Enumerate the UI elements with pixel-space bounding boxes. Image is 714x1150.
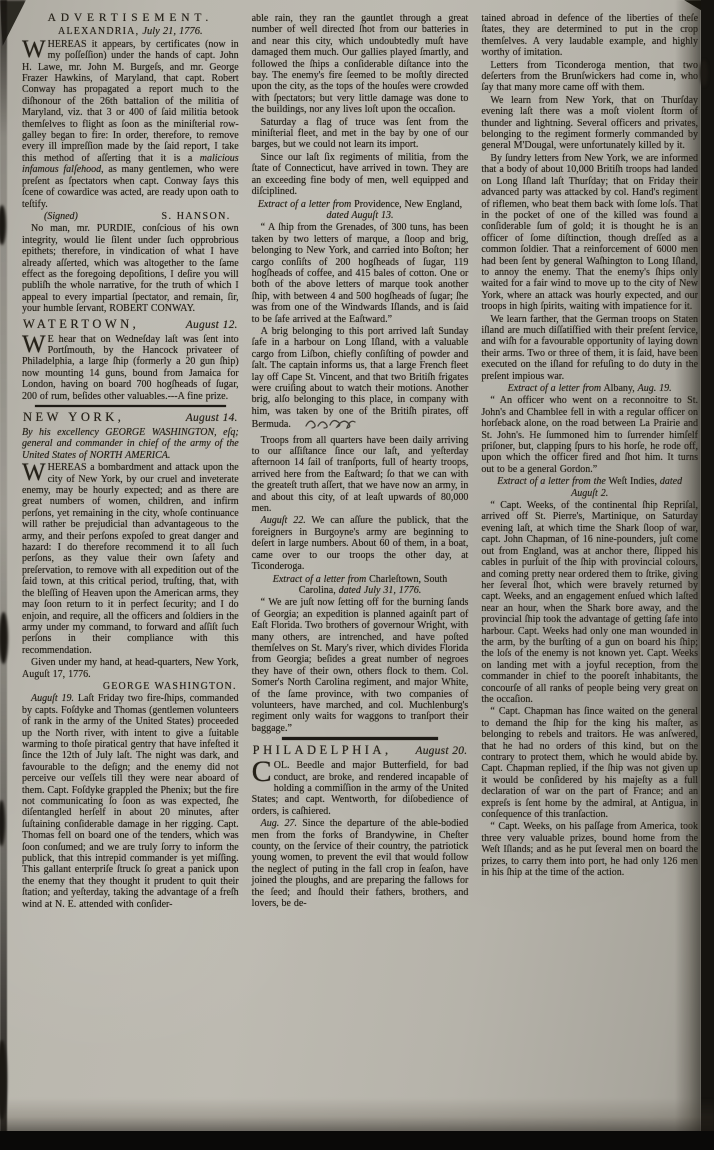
scan-edge-right	[701, 0, 714, 1150]
paragraph: “ Capt. Weeks, of the continental ſhip R…	[481, 500, 698, 705]
paragraph: WE hear that on Wedneſday laſt was ſent …	[22, 334, 239, 402]
extract-heading: Extract of a letter from Charleſtown, So…	[252, 574, 469, 597]
paragraph: Given under my hand, at head-quarters, N…	[22, 657, 239, 680]
paragraph: “ A ſhip from the Grenades, of 300 tuns,…	[252, 222, 469, 325]
paragraph: By ſundry letters from New York, we are …	[481, 153, 698, 313]
scan-edge-left	[0, 0, 7, 1150]
section-heading-advertisement: ADVERTISEMENT.	[22, 13, 239, 24]
paragraph: Letters from Ticonderoga mention, that t…	[481, 60, 698, 94]
paragraph: We learn from New York, that on Thurſday…	[481, 95, 698, 152]
paragraph: COL. Beedle and major Butterfield, for b…	[252, 760, 469, 817]
city-date: August 12.	[186, 318, 238, 333]
paragraph: WHEREAS a bombardment and attack upon th…	[22, 462, 239, 656]
paragraph: Auguſt 22. We can aſſure the publick, th…	[252, 515, 469, 572]
paragraph: Since our laſt ſix regiments of militia,…	[252, 152, 469, 198]
scan-edge-bottom	[0, 1131, 714, 1150]
paragraph: Saturday a flag of truce was ſent from t…	[252, 117, 469, 151]
paragraph: We learn farther, that the German troops…	[481, 314, 698, 382]
paragraph: “ Capt. Chapman has ſince waited on the …	[481, 706, 698, 820]
city-name: NEW YORK,	[23, 410, 124, 425]
paragraph: No man, mr. PURDIE, conſcious of his own…	[22, 223, 239, 314]
signed-name: S. HANSON.	[162, 211, 231, 222]
ink-pen-squiggle	[295, 417, 358, 433]
drop-cap: W	[22, 39, 48, 59]
city-heading: PHILADELPHIA,August 20.	[253, 743, 468, 759]
page-fold-shadow-right	[675, 0, 701, 1150]
section-divider-rule	[35, 405, 226, 407]
drop-cap: C	[252, 760, 274, 783]
city-heading: WATERTOWN,August 12.	[23, 317, 238, 333]
paragraph: WHEREAS it appears, by certificates (now…	[22, 39, 239, 210]
page-bottom-shadow	[0, 1098, 714, 1132]
paragraph: Troops from all quarters have been daily…	[252, 435, 469, 515]
paragraph: Aug. 27. Since the departure of the able…	[252, 818, 469, 909]
paragraph: Auguſt 19. Laſt Friday two fire-ſhips, c…	[22, 693, 239, 910]
dateline-place: ALEXANDRIA,	[58, 26, 139, 37]
section-divider-rule	[282, 737, 438, 740]
city-name: WATERTOWN,	[23, 317, 139, 332]
drop-cap: W	[22, 462, 48, 482]
drop-cap: W	[22, 334, 48, 354]
column-right: tained abroad in defence of the libertie…	[481, 13, 698, 911]
dateline: ALEXANDRIA, July 21, 1776.	[22, 26, 239, 37]
signature-row: (Signed)S. HANSON.	[22, 211, 239, 222]
city-date: August 20.	[415, 744, 467, 759]
paragraph: A brig belonging to this port arrived la…	[252, 326, 469, 434]
paragraph: tained abroad in defence of the libertie…	[481, 13, 698, 59]
extract-heading: Extract of a letter from the Weſt Indies…	[481, 476, 698, 499]
newspaper-columns: ADVERTISEMENT.ALEXANDRIA, July 21, 1776.…	[22, 13, 698, 911]
extract-heading: Extract of a letter from Providence, New…	[252, 199, 469, 222]
paragraph: “ An officer who went on a reconnoitre t…	[481, 395, 698, 475]
city-name: PHILADELPHIA,	[253, 743, 392, 758]
newspaper-page: ADVERTISEMENT.ALEXANDRIA, July 21, 1776.…	[0, 0, 714, 1150]
signed-label: (Signed)	[44, 211, 78, 222]
city-date: August 14.	[186, 411, 238, 426]
column-middle: able rain, they ran the gauntlet through…	[252, 13, 469, 911]
column-left: ADVERTISEMENT.ALEXANDRIA, July 21, 1776.…	[22, 13, 239, 911]
signature-line: GEORGE WASHINGTON.	[22, 681, 239, 692]
dateline-date: July 21, 1776.	[139, 26, 202, 37]
city-heading: NEW YORK,August 14.	[23, 410, 238, 426]
proclamation-byline: By his excellency GEORGE WASHINGTON, eſq…	[22, 427, 239, 461]
extract-heading: Extract of a letter from Albany, Aug. 19…	[481, 383, 698, 394]
ink-blot	[700, 60, 708, 86]
paragraph: “ We are juſt now ſetting off for the bu…	[252, 597, 469, 734]
paragraph: able rain, they ran the gauntlet through…	[252, 13, 469, 116]
paragraph: “ Capt. Weeks, on his paſſage from Ameri…	[481, 821, 698, 878]
